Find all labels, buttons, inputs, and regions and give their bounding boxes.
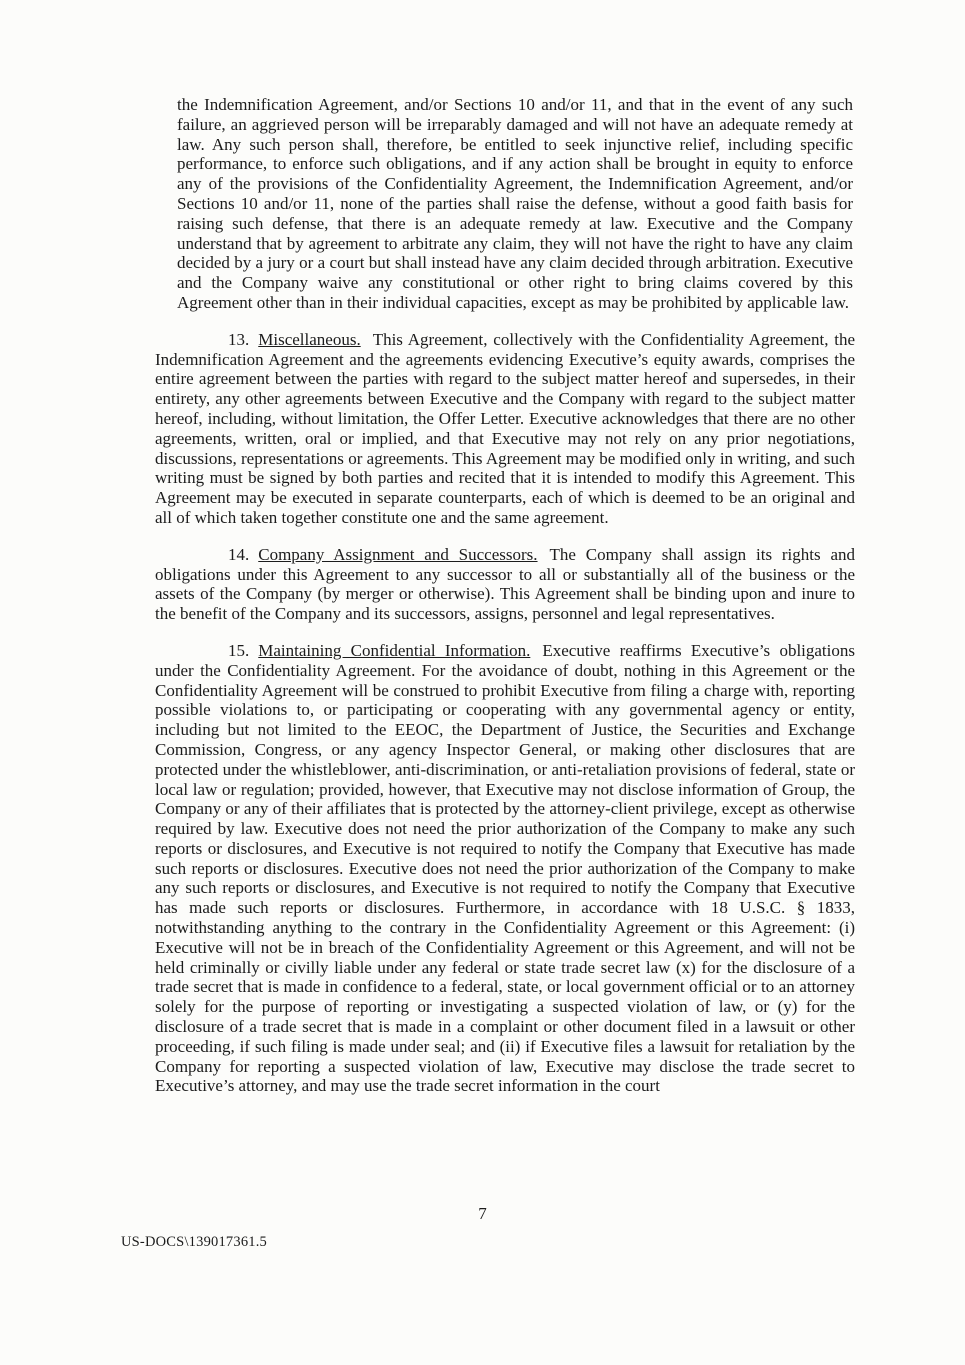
page-number: 7 xyxy=(0,1204,965,1224)
document-page: the Indemnification Agreement, and/or Se… xyxy=(0,0,965,1365)
document-body: the Indemnification Agreement, and/or Se… xyxy=(155,95,855,1113)
section-13-text: This Agreement, collectively with the Co… xyxy=(155,330,855,527)
section-14-company-assignment: 14.Company Assignment and Successors.The… xyxy=(155,545,855,624)
footer-document-id: US-DOCS\139017361.5 xyxy=(121,1233,267,1253)
section-15-title: Maintaining Confidential Information. xyxy=(258,641,530,660)
section-13-miscellaneous: 13.Miscellaneous.This Agreement, collect… xyxy=(155,330,855,528)
section-13-title: Miscellaneous. xyxy=(258,330,360,349)
section-14-number: 14. xyxy=(228,545,249,564)
section-13-number: 13. xyxy=(228,330,249,349)
section-15-number: 15. xyxy=(228,641,249,660)
section-15-maintaining-confidential-information: 15.Maintaining Confidential Information.… xyxy=(155,641,855,1096)
section-14-title: Company Assignment and Successors. xyxy=(258,545,537,564)
paragraph-continuation: the Indemnification Agreement, and/or Se… xyxy=(177,95,853,313)
section-15-text: Executive reaffirms Executive’s obligati… xyxy=(155,641,855,1096)
